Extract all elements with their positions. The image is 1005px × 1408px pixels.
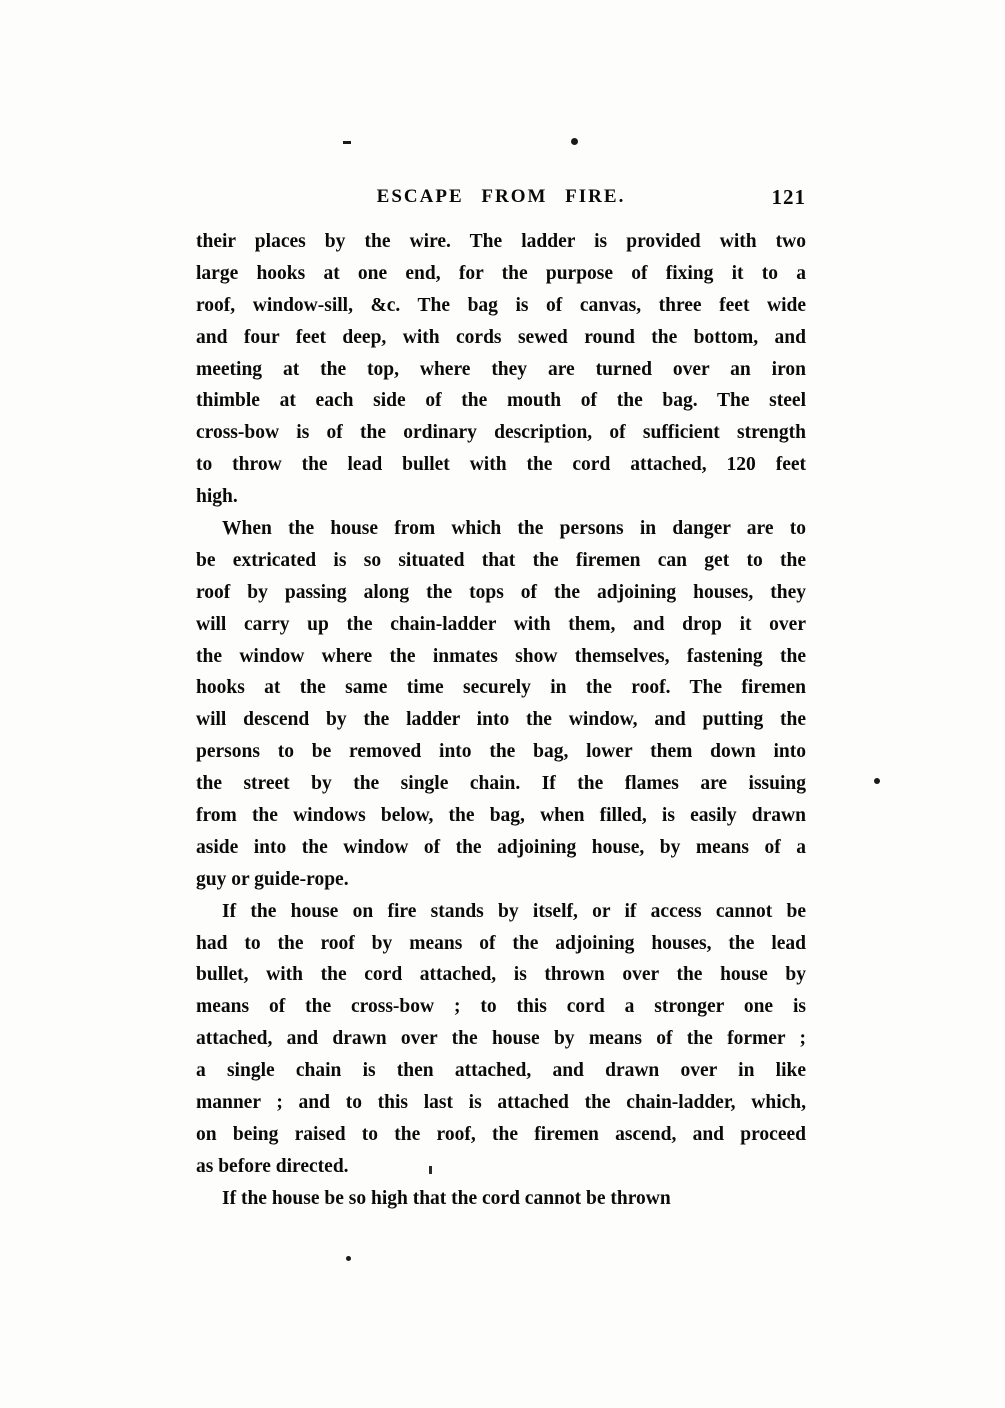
text-line: attached, and drawn over the house by me… [196, 1023, 806, 1055]
page-title: ESCAPE FROM FIRE. [196, 182, 806, 212]
scan-speck [429, 1166, 432, 1174]
text-line: roof by passing along the tops of the ad… [196, 577, 806, 609]
text-line: thimble at each side of the mouth of the… [196, 385, 806, 417]
text-line: roof, window-sill, &c. The bag is of can… [196, 290, 806, 322]
text-line: had to the roof by means of the adjoinin… [196, 928, 806, 960]
text-line: meeting at the top, where they are turne… [196, 354, 806, 386]
scanned-book-page: ESCAPE FROM FIRE. 121 their places by th… [0, 0, 1005, 1408]
text-line: their places by the wire. The ladder is … [196, 226, 806, 258]
text-line: be extricated is so situated that the fi… [196, 545, 806, 577]
text-line: bullet, with the cord attached, is throw… [196, 959, 806, 991]
page-number: 121 [772, 182, 807, 212]
text-line: on being raised to the roof, the firemen… [196, 1119, 806, 1151]
text-line: If the house on fire stands by itself, o… [196, 896, 806, 928]
text-line: as before directed. [196, 1151, 806, 1183]
text-line: a single chain is then attached, and dra… [196, 1055, 806, 1087]
text-line: large hooks at one end, for the purpose … [196, 258, 806, 290]
text-line: the window where the inmates show themse… [196, 641, 806, 673]
text-line: to throw the lead bullet with the cord a… [196, 449, 806, 481]
text-line: will carry up the chain-ladder with them… [196, 609, 806, 641]
text-line: and four feet deep, with cords sewed rou… [196, 322, 806, 354]
text-line: manner ; and to this last is attached th… [196, 1087, 806, 1119]
body-text: their places by the wire. The ladder is … [196, 226, 806, 1215]
text-line: If the house be so high that the cord ca… [196, 1183, 806, 1215]
text-line: the street by the single chain. If the f… [196, 768, 806, 800]
text-line: guy or guide-rope. [196, 864, 806, 896]
scan-speck [343, 141, 351, 144]
text-line: from the windows below, the bag, when fi… [196, 800, 806, 832]
text-line: will descend by the ladder into the wind… [196, 704, 806, 736]
scan-speck [874, 778, 880, 784]
scan-speck [346, 1256, 351, 1261]
scan-speck [571, 138, 578, 145]
text-line: hooks at the same time securely in the r… [196, 672, 806, 704]
text-line: When the house from which the persons in… [196, 513, 806, 545]
text-line: means of the cross-bow ; to this cord a … [196, 991, 806, 1023]
text-line: aside into the window of the adjoining h… [196, 832, 806, 864]
text-line: persons to be removed into the bag, lowe… [196, 736, 806, 768]
text-line: high. [196, 481, 806, 513]
text-line: cross-bow is of the ordinary description… [196, 417, 806, 449]
running-header: ESCAPE FROM FIRE. 121 [196, 182, 806, 212]
